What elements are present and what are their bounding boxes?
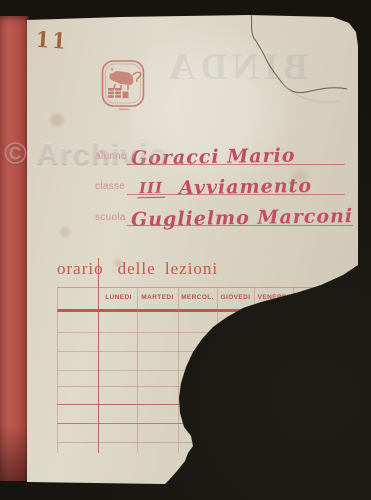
table-rule: [98, 258, 99, 453]
column-header-martedi: MARTEDI: [137, 294, 178, 301]
table-rule: [217, 287, 218, 453]
table-rule: [178, 287, 179, 453]
table-rule: [57, 442, 346, 443]
column-header-lunedi: LUNEDI: [98, 294, 139, 301]
field-value-classe: Avviamento: [179, 175, 312, 199]
schedule-title-orario: orario: [57, 259, 109, 279]
table-rule: [293, 287, 294, 453]
table-rule: [57, 287, 346, 288]
field-label-scuola: scuola: [95, 212, 127, 226]
table-rule: [137, 287, 138, 453]
schedule-table: LUNEDI MARTEDI MERCOL. GIOVEDI VENERDI: [57, 287, 347, 455]
field-value-scuola: Guglielmo Marconi: [131, 205, 353, 231]
table-rule: [57, 351, 346, 352]
table-rule: [57, 423, 346, 424]
notebook-page: BINDA 11 alunno Goracci Mario: [0, 0, 371, 500]
form-row-classe: classe III Avviamento: [95, 168, 345, 195]
field-line-scuola: Guglielmo Marconi: [127, 199, 353, 226]
photo-background: BINDA 11 alunno Goracci Mario: [0, 0, 371, 500]
form-row-scuola: scuola Guglielmo Marconi: [95, 199, 345, 226]
table-rule: [57, 386, 346, 387]
table-rule: [57, 404, 346, 405]
column-header-mercol: MERCOL.: [177, 294, 218, 301]
schedule-title-lezioni: delle lezioni: [109, 259, 219, 279]
field-value-classe-grade: III: [137, 179, 165, 198]
table-rule: [57, 370, 346, 371]
table-rule: [57, 287, 58, 453]
table-rule: [254, 287, 255, 453]
table-rule: [57, 332, 346, 333]
notebook-red-cover: [0, 16, 29, 481]
watermark: © Archivio: [4, 136, 284, 172]
field-label-classe: classe: [95, 181, 127, 195]
table-rule-thick: [57, 309, 346, 312]
schedule-title: orario delle lezioni: [57, 259, 347, 279]
paper-crack: [0, 0, 371, 500]
column-header-venerdi: VENERDI: [253, 294, 294, 301]
field-line-classe: III Avviamento: [127, 168, 345, 195]
column-header-giovedi: GIOVEDI: [215, 294, 256, 301]
